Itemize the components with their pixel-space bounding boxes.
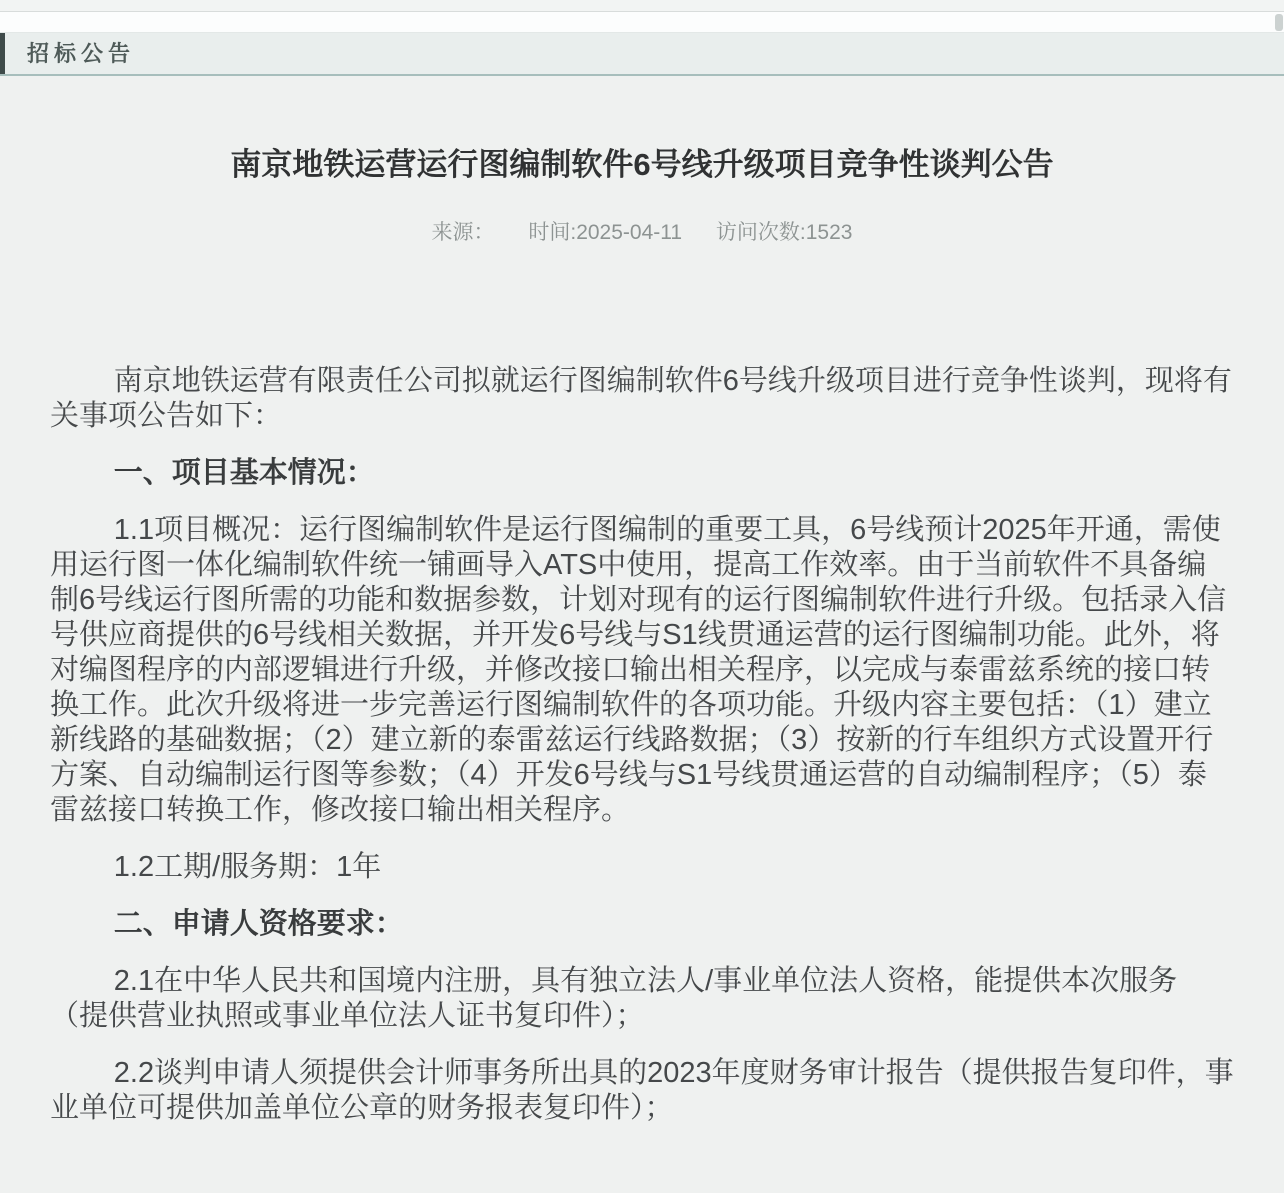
section-heading: 二、申请人资格要求：	[50, 907, 1234, 942]
article-title: 南京地铁运营运行图编制软件6号线升级项目竞争性谈判公告	[50, 76, 1234, 184]
paragraph: 南京地铁运营有限责任公司拟就运行图编制软件6号线升级项目进行竞争性谈判，现将有关…	[50, 364, 1234, 434]
paragraph: 1.2工期/服务期：1年	[50, 850, 1234, 885]
section-header-bar: 招标公告	[0, 33, 1284, 76]
article-body: 南京地铁运营有限责任公司拟就运行图编制软件6号线升级项目进行竞争性谈判，现将有关…	[50, 364, 1234, 1126]
header-accent-bar	[0, 33, 5, 74]
article-meta: 来源： 时间:2025-04-11 访问次数:1523	[50, 220, 1234, 246]
article-content: 南京地铁运营运行图编制软件6号线升级项目竞争性谈判公告 来源： 时间:2025-…	[0, 76, 1284, 1126]
meta-views: 访问次数:1523	[716, 221, 853, 244]
section-heading: 一、项目基本情况：	[50, 456, 1234, 491]
paragraph: 2.1在中华人民共和国境内注册，具有独立法人/事业单位法人资格，能提供本次服务（…	[50, 964, 1234, 1034]
meta-time: 时间:2025-04-11	[528, 221, 682, 244]
scrollbar-thumb[interactable]	[1275, 14, 1283, 31]
page-top-strip	[0, 0, 1284, 12]
page-white-strip	[0, 12, 1284, 33]
section-header-label: 招标公告	[0, 33, 135, 74]
paragraph: 2.2谈判申请人须提供会计师事务所出具的2023年度财务审计报告（提供报告复印件…	[50, 1056, 1234, 1126]
paragraph: 1.1项目概况：运行图编制软件是运行图编制的重要工具，6号线预计2025年开通，…	[50, 513, 1234, 828]
meta-source: 来源：	[432, 221, 495, 244]
